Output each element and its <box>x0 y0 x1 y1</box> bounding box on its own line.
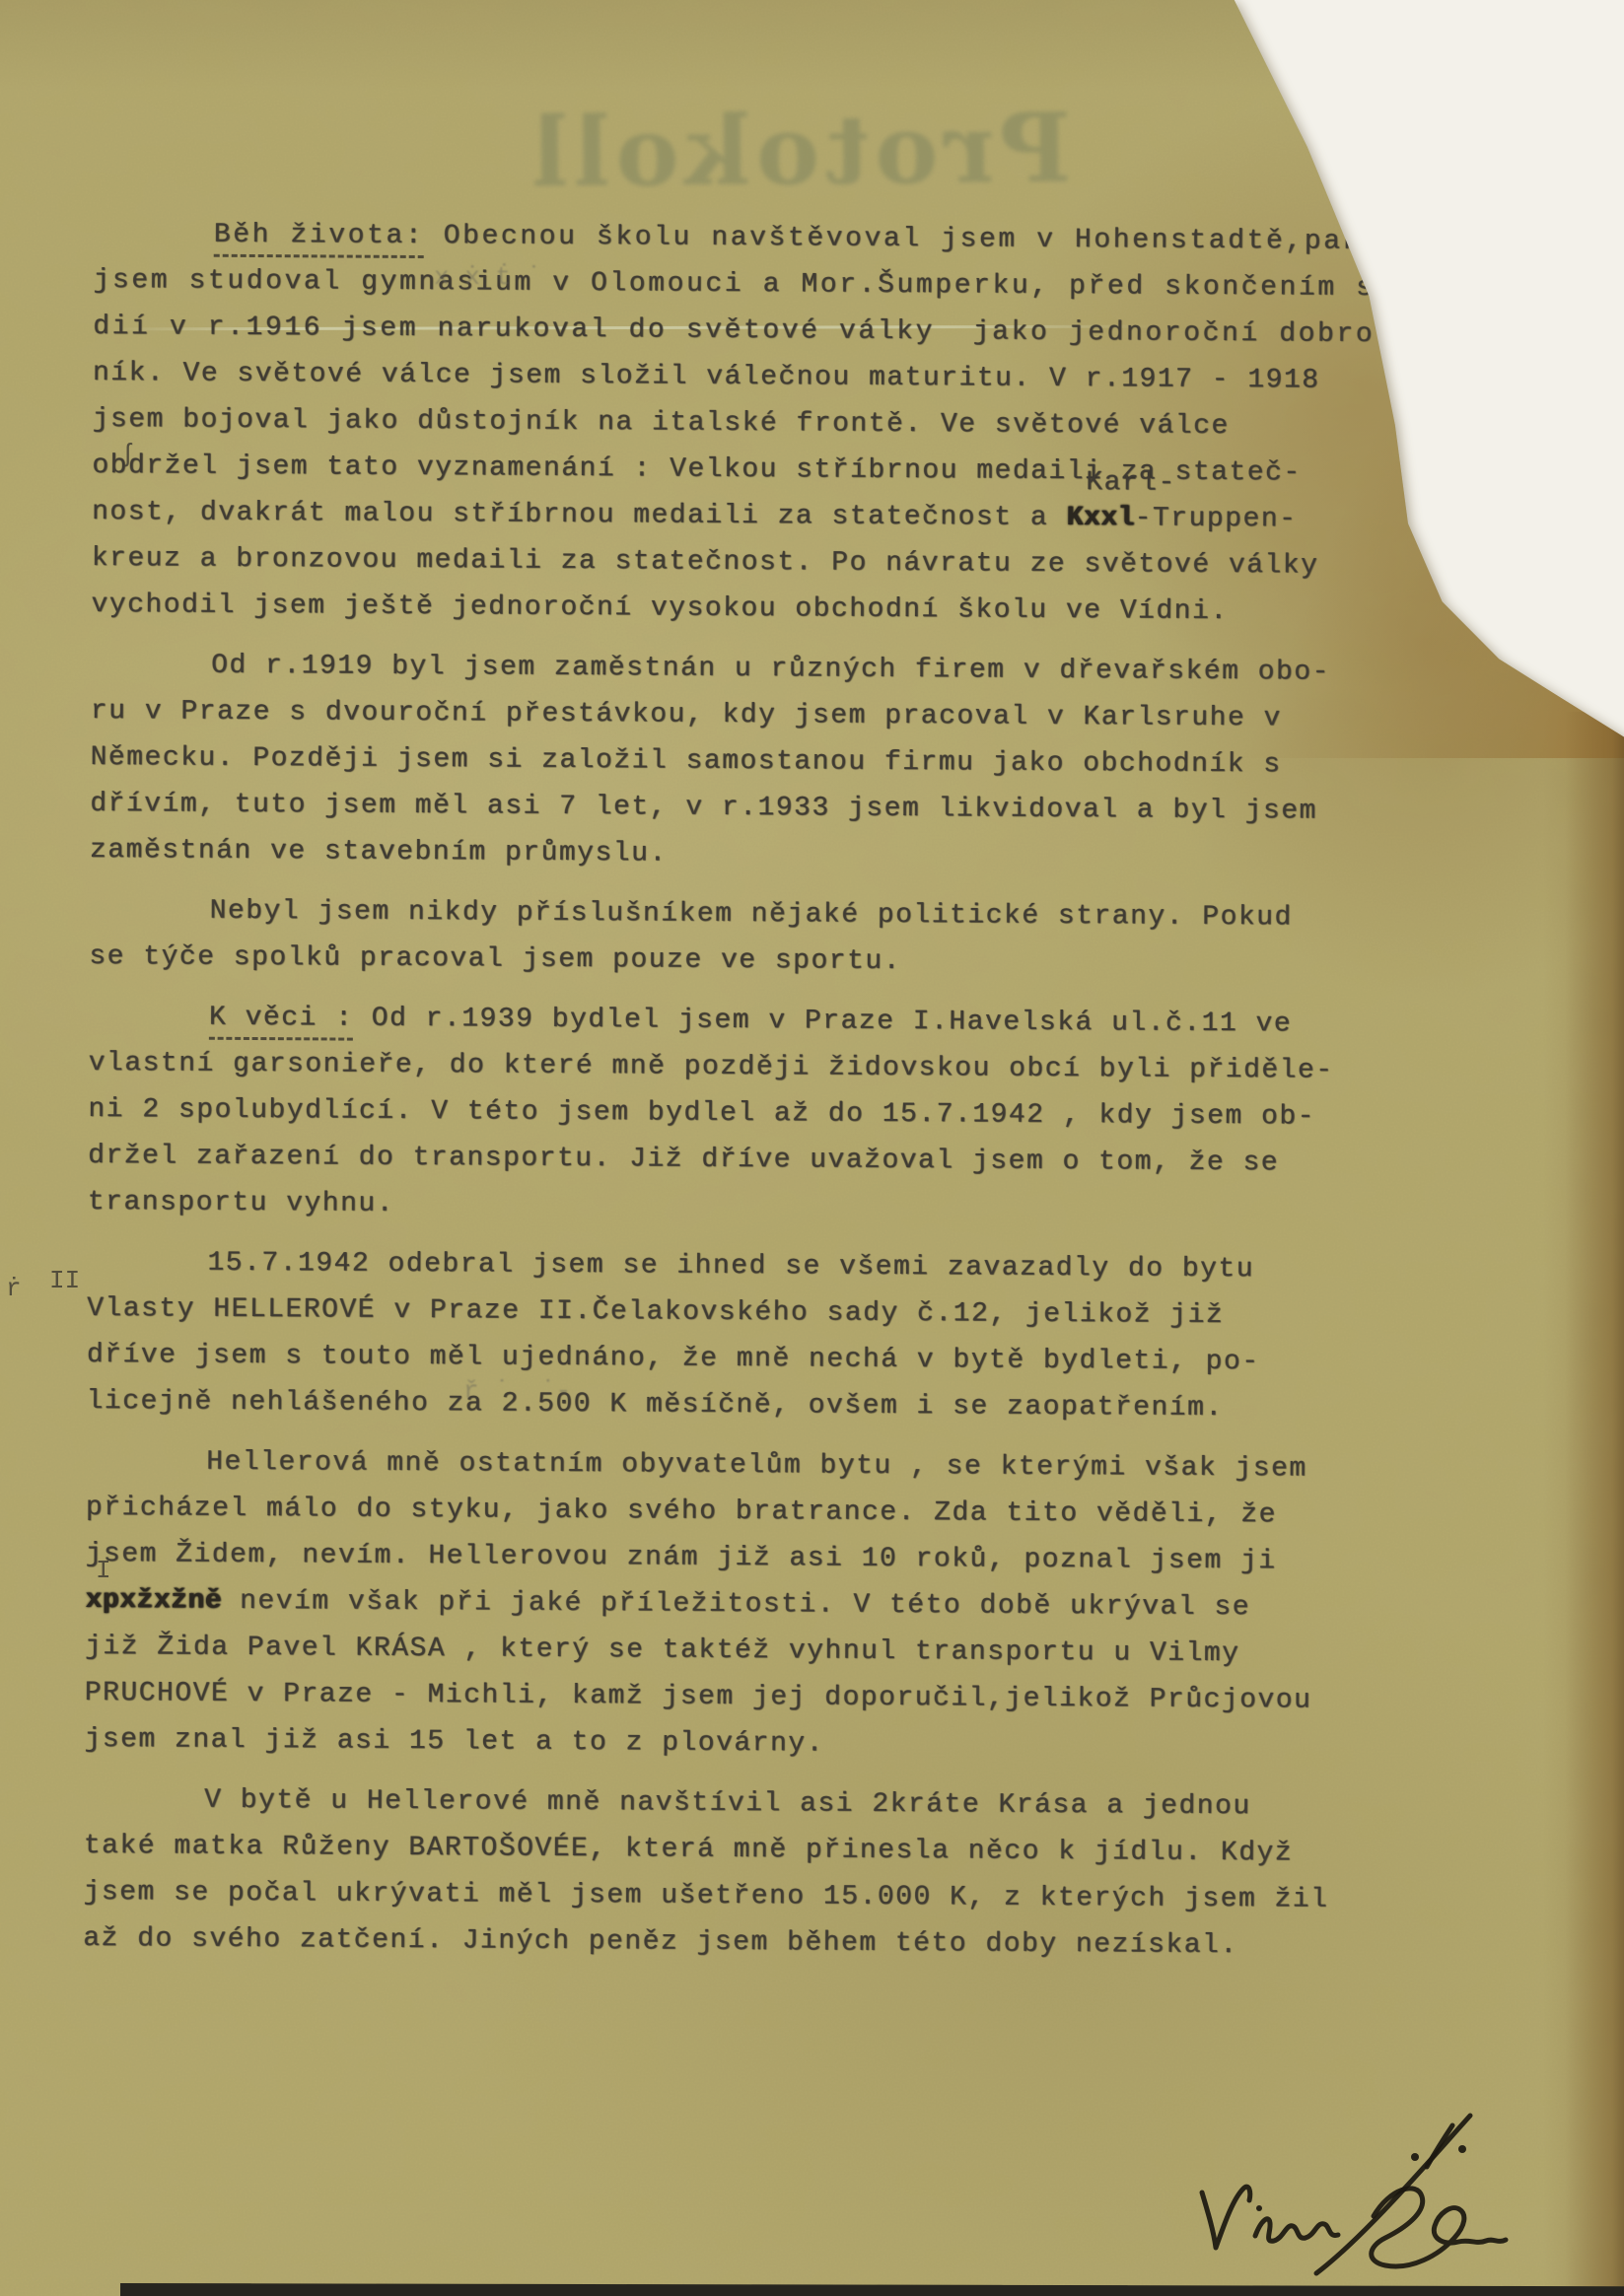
text-segment: dií v r.1916 jsem narukoval do světové v… <box>93 312 1432 350</box>
inserted-word-above-line: Karl- <box>1086 467 1176 499</box>
text-segment: vychodil jsem ještě jednoroční vysokou o… <box>91 590 1228 627</box>
text-segment: ni 2 spolubydlící. V této jsem bydlel až… <box>88 1094 1315 1133</box>
ghost-title-bleedthrough: Protokoll <box>493 92 1105 208</box>
text-segment-udash: K věci : <box>209 1003 354 1041</box>
text-segment-udash: Běh života: <box>214 220 425 258</box>
text-segment: také matka Růženy BARTOŠOVÉE, která mně … <box>84 1831 1293 1868</box>
text-line: až do svého zatčení. Jiných peněz jsem b… <box>83 1915 1542 1971</box>
scan-bottom-edge <box>120 2283 1624 2296</box>
text-segment: Německu. Později jsem si založil samosta… <box>91 742 1282 780</box>
margin-mark: I <box>96 1556 111 1585</box>
text-segment: ru v Praze s dvouroční přestávkou, kdy j… <box>91 696 1282 733</box>
paper-sheet: Protokoll Běh života: Obecnou školu navš… <box>0 0 1624 2296</box>
text-segment: nevím však při jaké příležitosti. V této… <box>222 1586 1250 1623</box>
paper-shadow-wrapper: Protokoll Běh života: Obecnou školu navš… <box>0 0 1624 2296</box>
text-line: transportu vyhnu. <box>88 1179 1547 1234</box>
handwritten-signature <box>1168 2098 1523 2285</box>
text-segment: 15.7.1942 odebral jsem se ihned se všemi… <box>207 1248 1254 1285</box>
margin-mark: ʃ <box>120 440 136 469</box>
paper-right-edge-shade <box>1565 712 1624 2296</box>
text-segment: se týče spolků pracoval jsem pouze ve sp… <box>89 941 901 977</box>
text-segment: kreuz a bronzovou medaili za statečnost.… <box>92 543 1319 582</box>
text-segment: Vlasty HELLEROVÉ v Praze II.Čelakovského… <box>87 1293 1224 1331</box>
text-segment: dřívím, tuto jsem měl asi 7 let, v r.193… <box>90 789 1317 827</box>
text-segment: až do svého zatčení. Jiných peněz jsem b… <box>83 1923 1238 1961</box>
scanned-document-page: { "page": { "bg_color": "#f3f1ea", "pape… <box>0 0 1624 2296</box>
text-segment: jsem znal již asi 15 let a to z plovárny… <box>84 1724 824 1760</box>
text-segment: Hellerová mně ostatním obyvatelům bytu ,… <box>206 1447 1307 1485</box>
text-segment: jsem se počal ukrývati měl jsem ušetřeno… <box>83 1877 1328 1915</box>
text-segment: jsem bojoval jako důstojník na italské f… <box>93 404 1230 442</box>
margin-mark: ṙ <box>6 1274 22 1303</box>
text-segment: Od r.1919 byl jsem zaměstnán u různých f… <box>211 651 1330 688</box>
text-segment: jsem Židem, nevím. Hellerovou znám již a… <box>86 1539 1277 1576</box>
text-line: se týče spolků pracoval jsem pouze ve sp… <box>89 934 1548 989</box>
text-lines: Běh života: Obecnou školu navštěvoval js… <box>83 211 1553 1971</box>
text-segment: ník. Ve světové válce jsem složil válečn… <box>93 358 1320 396</box>
text-line: licejně nehlášeného za 2.500 K měsíčně, … <box>86 1378 1545 1433</box>
margin-mark: x ẋ ṫ ˙ <box>434 262 541 292</box>
text-line: zaměstnán ve stavebním průmyslu. <box>90 827 1549 882</box>
text-segment: zaměstnán ve stavebním průmyslu. <box>90 835 668 870</box>
margin-mark: ř ˙ ˙- <box>463 1376 571 1406</box>
text-segment: -Truppen- <box>1135 503 1298 534</box>
text-segment: již Žida Pavel KRÁSA , který se taktéž v… <box>85 1632 1240 1669</box>
text-segment: V bytě u Hellerové mně navštívil asi 2kr… <box>204 1785 1251 1822</box>
text-segment: jsem studoval gymnasium v Olomouci a Mor… <box>93 265 1413 304</box>
text-segment: nost, dvakrát malou stříbrnou medaili za… <box>92 497 1067 533</box>
margin-mark: II <box>49 1266 80 1295</box>
text-segment: dříve jsem s touto měl ujednáno, že mně … <box>87 1340 1260 1377</box>
text-segment-blot: xpxžxžně <box>85 1585 222 1617</box>
text-segment: transportu vyhnu. <box>88 1187 394 1219</box>
text-segment-blot: Kxxl <box>1066 503 1134 533</box>
text-segment: přicházel málo do styku, jako svého brat… <box>86 1493 1277 1530</box>
text-segment: vlastní garsonieře, do které mně později… <box>89 1048 1334 1086</box>
text-segment: PRUCHOVÉ v Praze - Michli, kamž jsem jej… <box>85 1678 1312 1716</box>
text-line: jsem znal již asi 15 let a to z plovárny… <box>84 1716 1543 1772</box>
text-segment: Obecnou školu navštěvoval jsem v Hohenst… <box>424 221 1362 257</box>
text-segment: Od r.1939 bydlel jsem v Praze I.Havelská… <box>353 1004 1292 1040</box>
text-line: vychodil jsem ještě jednoroční vysokou o… <box>91 582 1550 637</box>
text-segment: licejně nehlášeného za 2.500 K měsíčně, … <box>87 1386 1224 1424</box>
text-segment: držel zařazení do transportu. Již dříve … <box>88 1141 1279 1178</box>
typewritten-text: Běh života: Obecnou školu navštěvoval js… <box>83 211 1553 1971</box>
text-segment: Nebyl jsem nikdy příslušníkem nějaké pol… <box>210 896 1293 934</box>
